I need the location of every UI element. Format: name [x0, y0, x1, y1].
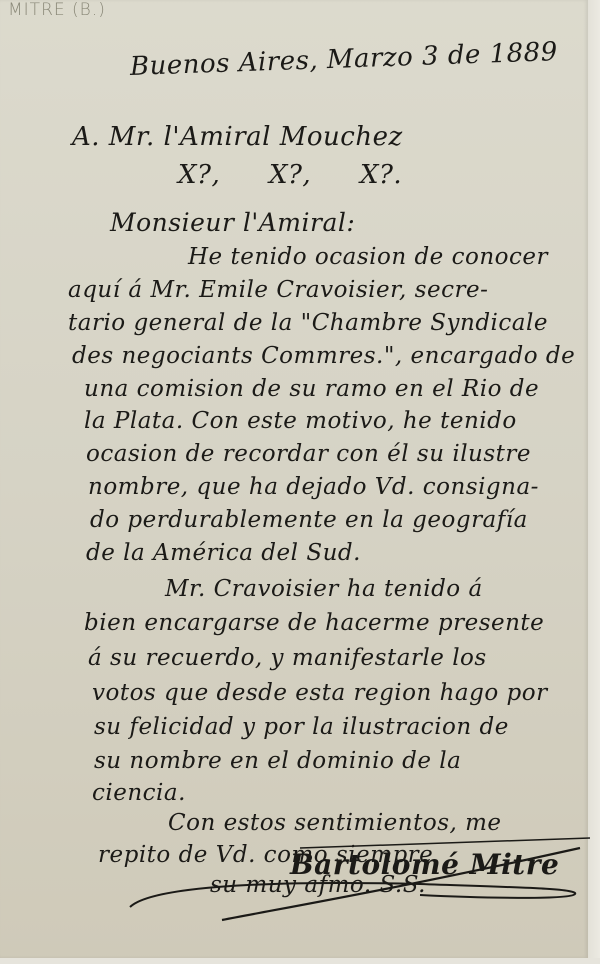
signature-flourish-icon: [0, 0, 600, 964]
